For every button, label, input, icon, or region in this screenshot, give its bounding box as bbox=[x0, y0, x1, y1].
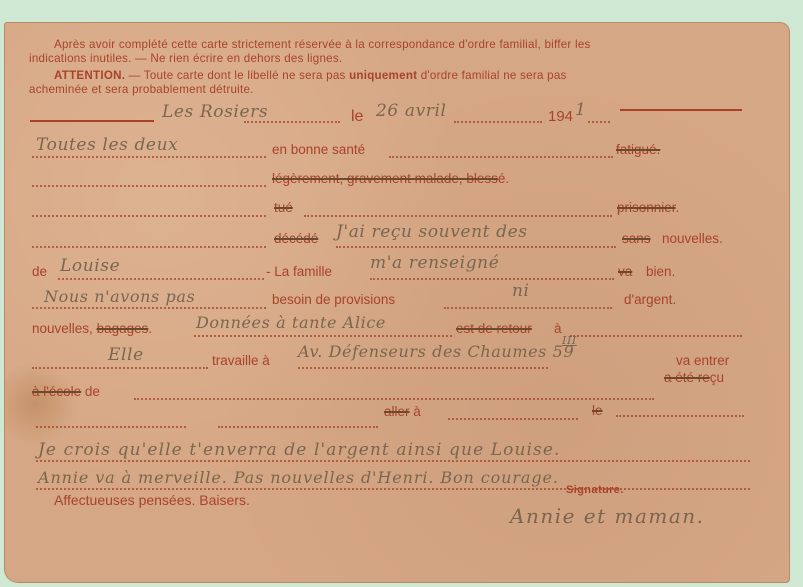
row5-end: bien. bbox=[646, 264, 675, 279]
row9-struck: à l'école bbox=[32, 384, 81, 399]
dotted-line bbox=[32, 367, 208, 369]
dotted-line bbox=[58, 278, 264, 280]
row10-print: à bbox=[413, 404, 421, 419]
row5-print: - La famille bbox=[266, 264, 332, 279]
dotted-line bbox=[444, 307, 612, 309]
row9-end-line: a été reçu bbox=[664, 370, 724, 385]
row3-struck: tué bbox=[274, 200, 293, 215]
row10-struck-2: le bbox=[592, 403, 603, 418]
row7-dot: . bbox=[148, 321, 152, 336]
row10-struck: aller bbox=[384, 404, 410, 419]
instruction-line-2: indications inutiles. — Ne rien écrire e… bbox=[29, 52, 342, 65]
place-handwritten: Les Rosiers bbox=[162, 102, 268, 122]
row4-handwritten: J'ai reçu souvent des bbox=[336, 222, 528, 242]
dotted-line bbox=[588, 121, 610, 123]
row4-end: nouvelles. bbox=[662, 231, 723, 246]
closing-text: Affectueuses pensées. Baisers. bbox=[54, 492, 250, 508]
signature-label: Signature. bbox=[566, 484, 624, 496]
row7-line: nouvelles, bagages. bbox=[32, 321, 152, 336]
row1-end-struck: fatigué. bbox=[616, 142, 660, 157]
row5-struck: va bbox=[618, 264, 632, 279]
row2-struck: légèrement, gravement malade, bless bbox=[272, 171, 498, 186]
row1-print: en bonne santé bbox=[272, 142, 365, 157]
row6-handwritten: Nous n'avons pas bbox=[44, 287, 195, 306]
attention-label: ATTENTION. bbox=[54, 69, 125, 82]
dotted-line bbox=[304, 215, 612, 217]
dotted-line bbox=[134, 398, 654, 400]
dotted-line bbox=[370, 278, 614, 280]
year-digit-handwritten: 1 bbox=[575, 100, 586, 120]
row6-handwritten-2: ni bbox=[512, 281, 530, 301]
row5-handwritten-2: m'a renseigné bbox=[370, 253, 499, 273]
attention-emphasis: uniquement bbox=[349, 69, 417, 82]
dotted-line bbox=[194, 335, 452, 337]
dotted-line bbox=[218, 426, 378, 428]
rule-left bbox=[30, 120, 154, 122]
row9-line: à l'école de bbox=[32, 384, 100, 399]
date-handwritten: 26 avril bbox=[376, 101, 447, 121]
attention-text-b: d'ordre familial ne sera pas bbox=[417, 69, 566, 82]
row10-line: aller à bbox=[384, 404, 421, 419]
row4-struck-2: sans bbox=[622, 231, 651, 246]
row2-end: é. bbox=[498, 171, 509, 186]
year-prefix: 194 bbox=[548, 108, 573, 125]
row7-struck: bagages bbox=[97, 321, 149, 336]
row3-end-struck: prisonnier bbox=[617, 200, 676, 215]
dotted-line bbox=[32, 156, 266, 158]
row7-handwritten: Données à tante Alice bbox=[196, 313, 386, 332]
dotted-line bbox=[32, 215, 266, 217]
row7-end: à bbox=[554, 321, 562, 336]
dotted-line bbox=[570, 335, 742, 337]
row7-print: nouvelles, bbox=[32, 321, 93, 336]
le-label: le bbox=[351, 108, 363, 126]
dotted-line bbox=[389, 156, 613, 158]
attention-text-a: — Toute carte dont le libellé ne sera pa… bbox=[125, 69, 349, 82]
row8-handwritten: Elle bbox=[108, 345, 144, 365]
instruction-line-4: acheminée et sera probablement détruite. bbox=[29, 83, 254, 96]
signature-handwritten: Annie et maman. bbox=[510, 504, 705, 528]
row6-print: besoin de provisions bbox=[272, 292, 395, 307]
postcard: Après avoir complété cette carte stricte… bbox=[4, 22, 790, 583]
instruction-line-1: Après avoir complété cette carte stricte… bbox=[54, 38, 591, 51]
attention-line: ATTENTION. — Toute carte dont le libellé… bbox=[54, 69, 567, 82]
row2-line: légèrement, gravement malade, blessé. bbox=[272, 171, 509, 186]
dotted-line bbox=[36, 426, 186, 428]
row5-de: de bbox=[32, 264, 47, 279]
dotted-line bbox=[454, 121, 542, 123]
row6-end: d'argent. bbox=[624, 292, 676, 307]
row5-handwritten: Louise bbox=[60, 256, 120, 276]
row9-end: çu bbox=[710, 370, 724, 385]
message-line-1: Je crois qu'elle t'enverra de l'argent a… bbox=[38, 440, 561, 460]
rule-right bbox=[620, 109, 742, 111]
row9-print: de bbox=[85, 384, 100, 399]
row1-handwritten: Toutes les deux bbox=[36, 135, 178, 155]
dotted-line bbox=[32, 246, 266, 248]
row9-struck-2: a été re bbox=[664, 370, 710, 385]
row4-struck: décédé bbox=[274, 231, 318, 246]
dotted-line bbox=[36, 460, 750, 462]
message-line-2: Annie va à merveille. Pas nouvelles d'He… bbox=[38, 468, 559, 487]
row3-end-line: prisonnier. bbox=[617, 200, 679, 215]
dotted-line bbox=[36, 488, 750, 490]
dotted-line bbox=[298, 367, 548, 369]
row8-end: va entrer bbox=[676, 353, 729, 368]
dotted-line bbox=[32, 307, 266, 309]
row8-superscript: III bbox=[562, 334, 577, 347]
dotted-line bbox=[32, 185, 266, 187]
row7-struck-2: est de retour bbox=[456, 321, 532, 336]
dotted-line bbox=[336, 246, 616, 248]
row8-print: travaille à bbox=[212, 353, 270, 368]
row3-end: . bbox=[676, 200, 680, 215]
dotted-line bbox=[448, 418, 578, 420]
row8-handwritten-2: Av. Défenseurs des Chaumes 59 bbox=[298, 342, 574, 361]
dotted-line bbox=[616, 415, 744, 417]
dotted-line bbox=[244, 121, 340, 123]
